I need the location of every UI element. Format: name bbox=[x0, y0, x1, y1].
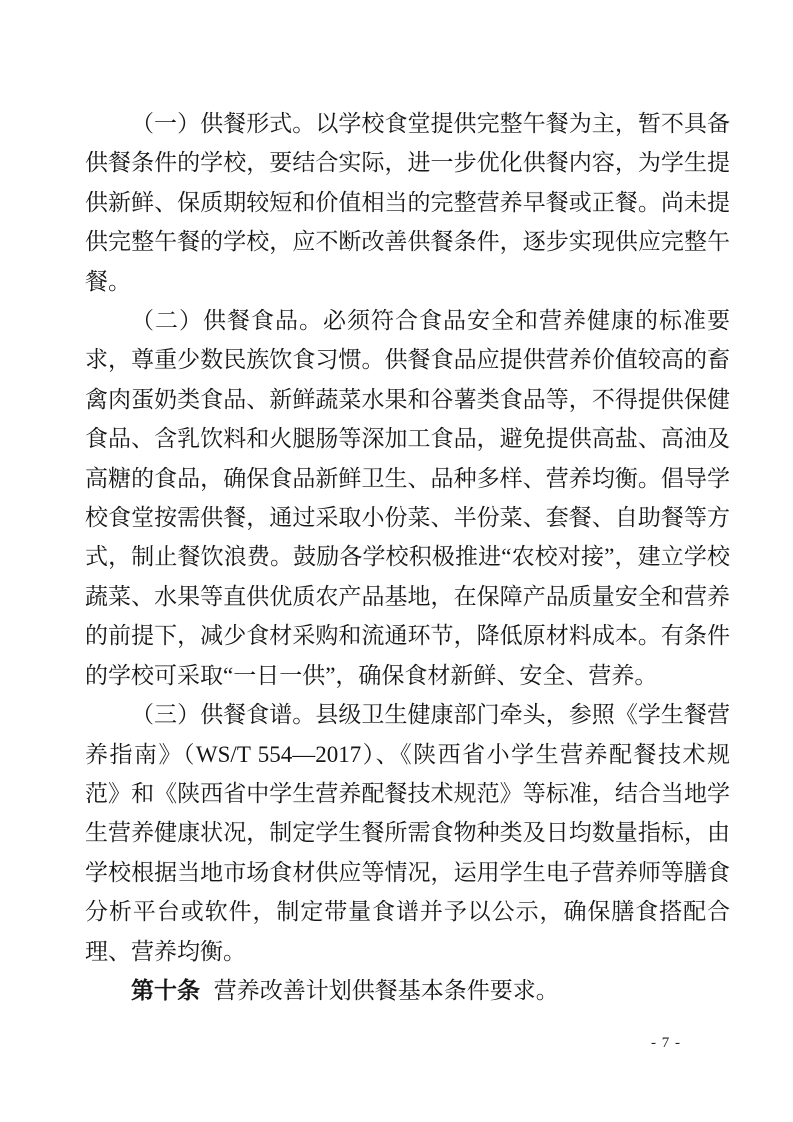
article-ten-heading: 第十条营养改善计划供餐基本条件要求。 bbox=[85, 971, 730, 1010]
paragraph-supply-food: （二）供餐食品。必须符合食品安全和营养健康的标准要求，尊重少数民族饮食习惯。供餐… bbox=[85, 301, 730, 695]
article-number-label: 第十条 bbox=[131, 978, 200, 1003]
paragraph-supply-form: （一）供餐形式。以学校食堂提供完整午餐为主，暂不具备供餐条件的学校，要结合实际，… bbox=[85, 104, 730, 301]
document-page: （一）供餐形式。以学校食堂提供完整午餐为主，暂不具备供餐条件的学校，要结合实际，… bbox=[0, 0, 793, 1122]
page-number: - 7 - bbox=[651, 1034, 681, 1052]
paragraph-supply-menu: （三）供餐食谱。县级卫生健康部门牵头，参照《学生餐营养指南》（WS/T 554—… bbox=[85, 695, 730, 971]
article-title-text: 营养改善计划供餐基本条件要求。 bbox=[214, 978, 559, 1003]
document-body: （一）供餐形式。以学校食堂提供完整午餐为主，暂不具备供餐条件的学校，要结合实际，… bbox=[85, 104, 730, 1010]
